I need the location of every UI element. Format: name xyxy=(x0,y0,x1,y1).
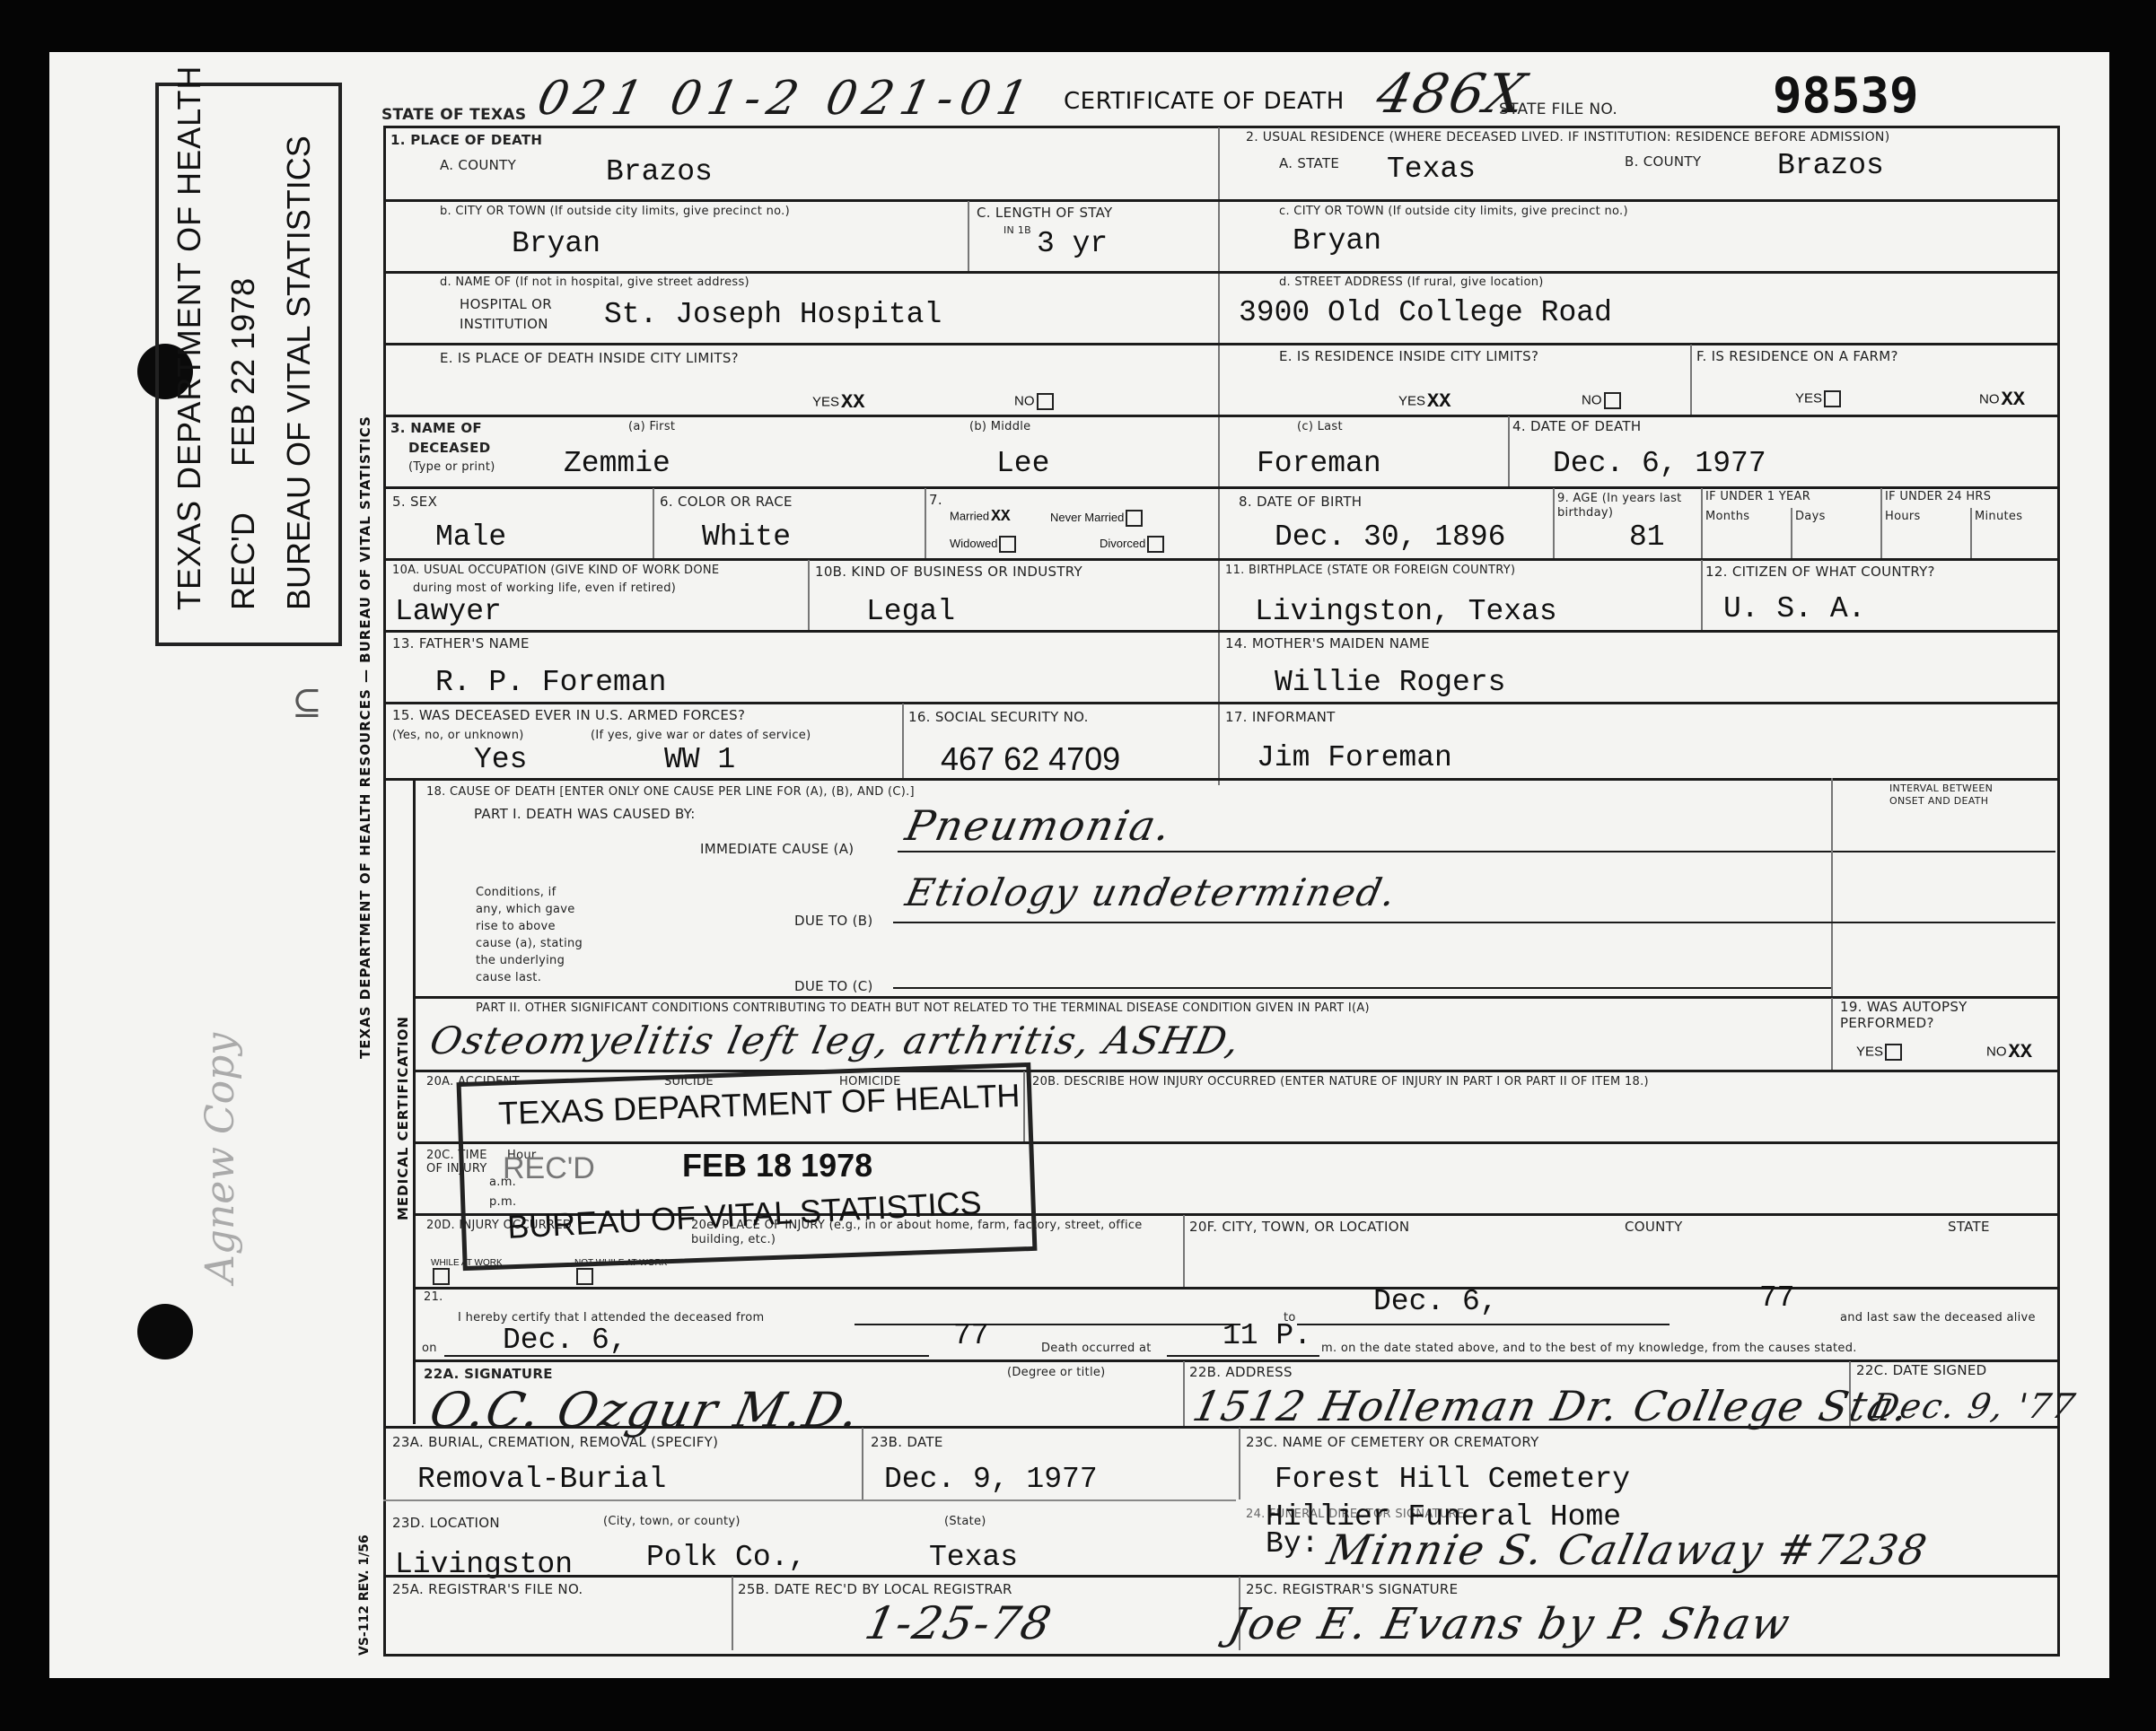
address-label: 22b. ADDRESS xyxy=(1189,1364,1293,1380)
last-name-label: (c) Last xyxy=(1297,420,1343,433)
no-label: NO xyxy=(1014,393,1035,408)
rule xyxy=(383,415,2057,417)
married-option[interactable]: MarriedXX xyxy=(950,508,1011,526)
under-24-hrs-label: IF UNDER 24 HRS xyxy=(1885,490,1991,503)
widowed-label: Widowed xyxy=(950,537,997,550)
side-label-form-no: VS-112 REV. 1/56 xyxy=(357,1534,372,1656)
middle-name-label: (b) Middle xyxy=(969,420,1030,433)
immediate-cause-line xyxy=(898,851,2055,852)
autopsy-label: 19. WAS AUTOPSY PERFORMED? xyxy=(1840,999,2046,1031)
checkbox-unchecked[interactable] xyxy=(1126,510,1143,527)
divider xyxy=(1880,488,1882,558)
cert-from-line xyxy=(855,1324,1240,1325)
divider xyxy=(808,560,810,630)
registrar-signature-label: 25c. REGISTRAR'S SIGNATURE xyxy=(1246,1581,1458,1597)
never-married-option[interactable]: Never Married xyxy=(1050,510,1143,527)
checkbox-checked[interactable]: XX xyxy=(991,508,1011,526)
pod-city-value: Bryan xyxy=(512,227,600,260)
date-recd-value: 1-25-78 xyxy=(861,1597,1057,1649)
no-label: NO xyxy=(1582,392,1602,407)
occupation-value: Lawyer xyxy=(395,595,502,628)
mother-value: Willie Rogers xyxy=(1275,666,1505,699)
pod-county-value: Brazos xyxy=(606,155,713,188)
location-label: 23d. LOCATION xyxy=(392,1515,500,1531)
date-recd-label: 25b. DATE REC'D BY LOCAL REGISTRAR xyxy=(738,1581,1012,1597)
last-name-value: Foreman xyxy=(1257,447,1381,480)
conditions-note: Conditions, if any, which gave rise to a… xyxy=(476,884,583,986)
cert-on-year: 77 xyxy=(953,1319,989,1352)
divorced-option[interactable]: Divorced xyxy=(1100,536,1164,553)
pod-county-label: a. COUNTY xyxy=(440,157,516,173)
res-state-label: a. STATE xyxy=(1279,155,1339,171)
sex-label: 5. SEX xyxy=(392,494,437,510)
usual-residence-label: 2. USUAL RESIDENCE (Where deceased lived… xyxy=(1246,130,1889,144)
hospital-label-3: INSTITUTION xyxy=(460,316,548,332)
disposition-date-value: Dec. 9, 1977 xyxy=(884,1463,1098,1496)
checkbox-unchecked[interactable] xyxy=(1824,390,1841,407)
checkbox-checked[interactable]: XX xyxy=(1427,390,1450,413)
describe-injury-label: 20b. DESCRIBE HOW INJURY OCCURRED (Enter… xyxy=(1032,1075,1649,1088)
cert-to-line xyxy=(1297,1324,1670,1325)
funeral-by-label: By: xyxy=(1266,1527,1319,1561)
race-label: 6. COLOR OR RACE xyxy=(660,494,793,510)
date-signed-value: Dec. 9, '77 xyxy=(1867,1386,2080,1426)
name-label-3: (Type or print) xyxy=(408,460,495,474)
rule xyxy=(383,630,2057,633)
res-inside-yes[interactable]: YESXX xyxy=(1398,390,1450,413)
hospital-label-2: HOSPITAL OR xyxy=(460,296,552,312)
first-name-value: Zemmie xyxy=(564,447,670,480)
res-street-value: 3900 Old College Road xyxy=(1239,296,1612,329)
due-to-b-value: Etiology undetermined. xyxy=(902,870,1401,914)
registrar-file-label: 25a. REGISTRAR'S FILE NO. xyxy=(392,1581,583,1597)
checkbox-unchecked[interactable] xyxy=(576,1268,593,1285)
cert-on-value: Dec. 6, xyxy=(503,1324,627,1357)
part2-value: Osteomyelitis left leg, arthritis, ASHD, xyxy=(426,1018,1245,1062)
armed-forces-sub1: (Yes, no, or unknown) xyxy=(392,729,524,742)
cert-number: 21. xyxy=(424,1290,443,1304)
divider xyxy=(1831,778,1833,998)
cert-to-year: 77 xyxy=(1759,1281,1795,1315)
checkbox-checked[interactable]: XX xyxy=(2002,389,2025,411)
under-1-year-label: IF UNDER 1 YEAR xyxy=(1705,490,1810,503)
rule xyxy=(413,1287,2057,1290)
days-label: Days xyxy=(1795,510,1826,523)
state-file-no-label: STATE FILE NO. xyxy=(1499,101,1617,118)
place-of-death-label: 1. PLACE OF DEATH xyxy=(390,132,542,148)
rule xyxy=(413,1359,2057,1362)
hospital-value: St. Joseph Hospital xyxy=(604,298,942,331)
death-at-value: 11 P. xyxy=(1223,1319,1311,1352)
degree-label: (Degree or title) xyxy=(1007,1366,1106,1379)
name-label-2: DECEASED xyxy=(408,440,490,456)
armed-forces-sub2: (If yes, give war or dates of service) xyxy=(591,729,811,742)
cemetery-value: Forest Hill Cemetery xyxy=(1275,1463,1630,1496)
location-state-value: Texas xyxy=(929,1541,1018,1574)
cert-text-1: I hereby certify that I attended the dec… xyxy=(458,1311,764,1324)
divider xyxy=(1553,488,1555,558)
industry-label: 10b. KIND OF BUSINESS OR INDUSTRY xyxy=(815,564,1082,580)
due-to-b-label: DUE TO (b) xyxy=(794,913,873,929)
due-to-b-line xyxy=(893,922,2055,923)
birthplace-value: Livingston, Texas xyxy=(1255,595,1557,628)
pod-inside-no[interactable]: NO xyxy=(1014,393,1054,410)
margin-handwriting: Agnew Copy xyxy=(197,1033,243,1283)
state-file-no: 98539 xyxy=(1773,67,1919,124)
divider xyxy=(653,488,654,558)
divider xyxy=(968,201,969,271)
marital-label: 7. xyxy=(929,492,942,508)
rule xyxy=(383,1426,2057,1429)
pod-inside-yes[interactable]: YESXX xyxy=(812,391,864,414)
never-married-label: Never Married xyxy=(1050,511,1124,524)
rule xyxy=(383,1575,2057,1578)
farm-label: f. IS RESIDENCE ON A FARM? xyxy=(1696,348,1898,364)
sex-value: Male xyxy=(435,520,506,554)
res-county-value: Brazos xyxy=(1777,149,1884,182)
race-value: White xyxy=(702,520,791,554)
handwritten-code: 021 01-2 021-01 xyxy=(533,72,1040,126)
location-state-label: (State) xyxy=(944,1515,986,1528)
medical-section-border xyxy=(413,778,416,1424)
checkbox-checked[interactable]: XX xyxy=(841,391,864,414)
minutes-label: Minutes xyxy=(1975,510,2022,523)
received-stamp-label: REC'D xyxy=(224,512,262,610)
age-value: 81 xyxy=(1629,520,1665,554)
received-stamp-date: FEB 22 1978 xyxy=(224,278,262,467)
rule xyxy=(383,778,2057,781)
divider xyxy=(1690,345,1692,415)
farm-yes[interactable]: YES xyxy=(1795,390,1841,407)
pod-city-label: b. CITY OR TOWN (If outside city limits,… xyxy=(440,205,790,218)
widowed-option[interactable]: Widowed xyxy=(950,536,1016,553)
divider xyxy=(925,488,926,558)
cert-on-line xyxy=(444,1355,929,1357)
divorced-label: Divorced xyxy=(1100,537,1145,550)
dod-label: 4. DATE OF DEATH xyxy=(1512,418,1641,434)
checkbox-unchecked[interactable] xyxy=(1604,392,1621,409)
checkbox-unchecked[interactable] xyxy=(1147,536,1164,553)
part2-label: PART II. OTHER SIGNIFICANT CONDITIONS CO… xyxy=(476,1001,1370,1015)
divider xyxy=(1970,508,1972,558)
hours-label: Hours xyxy=(1885,510,1921,523)
death-at-label: Death occurred at xyxy=(1041,1342,1152,1355)
no-label: NO xyxy=(1986,1044,2007,1059)
location-city-label: (City, town, or county) xyxy=(603,1515,741,1528)
burial-value: Removal-Burial xyxy=(417,1463,666,1496)
pod-stay-value: 3 yr xyxy=(1037,227,1108,260)
war-value: WW 1 xyxy=(664,743,735,776)
rule xyxy=(413,1070,2057,1072)
yes-label: YES xyxy=(1856,1044,1883,1059)
injury-county-label: COUNTY xyxy=(1625,1219,1683,1235)
divider xyxy=(862,1428,863,1499)
cert-text-2: and last saw the deceased alive xyxy=(1840,1311,2036,1324)
date-signed-label: 22c. DATE SIGNED xyxy=(1856,1362,1987,1378)
cert-to-value: Dec. 6, xyxy=(1373,1285,1498,1318)
burial-label: 23a. BURIAL, CREMATION, REMOVAL (Specify… xyxy=(392,1434,718,1450)
pod-inside-limits-label: e. IS PLACE OF DEATH INSIDE CITY LIMITS? xyxy=(440,350,739,366)
death-at-line xyxy=(1167,1355,1319,1357)
rule xyxy=(383,1499,1236,1501)
ssn-label: 16. SOCIAL SECURITY NO. xyxy=(908,709,1089,725)
registrar-signature-value: Joe E. Evans by P. Shaw xyxy=(1224,1599,1796,1649)
side-label-department: TEXAS DEPARTMENT OF HEALTH RESOURCES — B… xyxy=(357,415,373,1059)
res-inside-limits-label: e. IS RESIDENCE INSIDE CITY LIMITS? xyxy=(1279,348,1538,364)
cert-text-3: m. on the date stated above, and to the … xyxy=(1321,1342,1857,1355)
middle-stamp-label: REC'D xyxy=(503,1151,595,1186)
citizen-label: 12. CITIZEN OF WHAT COUNTRY? xyxy=(1705,564,1935,580)
autopsy-no[interactable]: NOXX xyxy=(1986,1041,2032,1063)
res-state-value: Texas xyxy=(1387,153,1476,186)
divider xyxy=(1849,1361,1851,1426)
divider xyxy=(1239,1428,1240,1499)
res-city-label: c. CITY OR TOWN (If outside city limits,… xyxy=(1279,205,1628,218)
divider xyxy=(1831,998,1833,1070)
divider xyxy=(1218,127,1220,785)
first-name-label: (a) First xyxy=(628,420,675,433)
checkbox-checked[interactable]: XX xyxy=(2009,1041,2032,1063)
farm-no[interactable]: NOXX xyxy=(1979,389,2025,411)
rule xyxy=(383,271,2057,274)
armed-forces-label: 15. WAS DECEASED EVER IN U.S. ARMED FORC… xyxy=(392,707,745,723)
cert-on-label: on xyxy=(422,1342,437,1355)
birthplace-label: 11. BIRTHPLACE (State or foreign country… xyxy=(1225,564,1515,577)
dod-value: Dec. 6, 1977 xyxy=(1553,447,1766,480)
hospital-label: d. NAME OF (If not in hospital, give str… xyxy=(440,275,749,289)
informant-value: Jim Foreman xyxy=(1257,741,1452,774)
location-county-value: Polk Co., xyxy=(646,1541,806,1574)
received-stamp-line1: TEXAS DEPARTMENT OF HEALTH xyxy=(171,66,208,610)
state-of-texas-label: STATE OF TEXAS xyxy=(381,106,526,124)
injury-city-label: 20f. CITY, TOWN, OR LOCATION xyxy=(1189,1219,1409,1235)
divider xyxy=(1791,508,1792,558)
received-stamp-line3: BUREAU OF VITAL STATISTICS xyxy=(280,136,318,610)
divider xyxy=(1701,488,1703,558)
pod-stay-label: c. LENGTH OF STAY xyxy=(977,205,1112,221)
mother-label: 14. MOTHER'S MAIDEN NAME xyxy=(1225,635,1430,651)
disposition-date-label: 23b. DATE xyxy=(871,1434,943,1450)
rule xyxy=(383,486,2057,489)
rule xyxy=(383,702,2057,704)
divider xyxy=(1508,416,1510,486)
yes-label: YES xyxy=(1795,390,1822,406)
yes-label: YES xyxy=(1398,393,1425,408)
industry-value: Legal xyxy=(866,595,955,628)
pod-stay-sub: in 1b xyxy=(1004,224,1031,236)
age-label: 9. AGE (In years last birthday) xyxy=(1557,492,1692,520)
middle-stamp-date: FEB 18 1978 xyxy=(682,1147,872,1185)
checkbox-unchecked[interactable] xyxy=(1037,393,1054,410)
res-street-label: d. STREET ADDRESS (If rural, give locati… xyxy=(1279,275,1544,289)
interval-label: INTERVAL BETWEEN ONSET AND DEATH xyxy=(1889,782,2015,808)
married-label: Married xyxy=(950,509,989,522)
signature-value: O.C. Ozgur M.D. xyxy=(425,1382,865,1438)
ssn-value: 467 62 4709 xyxy=(941,740,1120,778)
occupation-label: 10a. USUAL OCCUPATION (Give kind of work… xyxy=(392,564,719,577)
months-label: Months xyxy=(1705,510,1749,523)
immediate-cause-label: IMMEDIATE CAUSE (a) xyxy=(700,841,854,857)
checkbox-unchecked[interactable] xyxy=(433,1268,450,1285)
funeral-signature: Minnie S. Callaway #7238 xyxy=(1323,1526,1933,1574)
autopsy-yes[interactable]: YES xyxy=(1856,1044,1902,1061)
margin-mark: ⊆ xyxy=(292,682,322,723)
rule xyxy=(383,199,2057,202)
informant-label: 17. INFORMANT xyxy=(1225,709,1336,725)
cause-label: 18. CAUSE OF DEATH [Enter only one cause… xyxy=(426,785,915,799)
due-to-c-label: DUE TO (c) xyxy=(794,978,873,994)
divider xyxy=(1183,1361,1185,1426)
part1-label: PART I. DEATH WAS CAUSED BY: xyxy=(474,806,696,822)
injury-state-label: STATE xyxy=(1948,1219,1990,1235)
dob-value: Dec. 30, 1896 xyxy=(1275,520,1505,554)
dob-label: 8. DATE OF BIRTH xyxy=(1239,494,1362,510)
res-inside-no[interactable]: NO xyxy=(1582,392,1621,409)
divider xyxy=(732,1577,733,1650)
no-label: NO xyxy=(1979,391,2000,407)
rule xyxy=(383,343,2057,345)
yes-label: YES xyxy=(812,394,839,409)
citizen-value: U. S. A. xyxy=(1723,592,1865,625)
punch-hole-bottom xyxy=(137,1304,193,1359)
checkbox-unchecked[interactable] xyxy=(999,536,1016,553)
middle-name-value: Lee xyxy=(996,447,1049,480)
divider xyxy=(1183,1215,1185,1287)
certificate-title: CERTIFICATE OF DEATH xyxy=(1064,88,1345,115)
armed-forces-value: Yes xyxy=(474,743,527,776)
due-to-c-line xyxy=(893,987,1831,989)
rule xyxy=(413,996,2057,999)
divider xyxy=(1701,560,1703,630)
name-label: 3. NAME OF xyxy=(390,420,482,436)
signature-label: 22a. SIGNATURE xyxy=(424,1366,553,1382)
immediate-cause-value: Pneumonia. xyxy=(901,801,1177,850)
occupation-label-2: during most of working life, even if ret… xyxy=(413,581,676,595)
father-label: 13. FATHER'S NAME xyxy=(392,635,530,651)
address-value: 1512 Holleman Dr. College Sta. xyxy=(1188,1382,1915,1430)
divider xyxy=(902,704,904,778)
checkbox-unchecked[interactable] xyxy=(1885,1044,1902,1061)
cemetery-label: 23c. NAME OF CEMETERY OR CREMATORY xyxy=(1246,1434,1539,1450)
res-county-label: b. COUNTY xyxy=(1625,153,1701,170)
rule xyxy=(383,558,2057,561)
father-value: R. P. Foreman xyxy=(435,666,666,699)
res-city-value: Bryan xyxy=(1293,224,1381,258)
